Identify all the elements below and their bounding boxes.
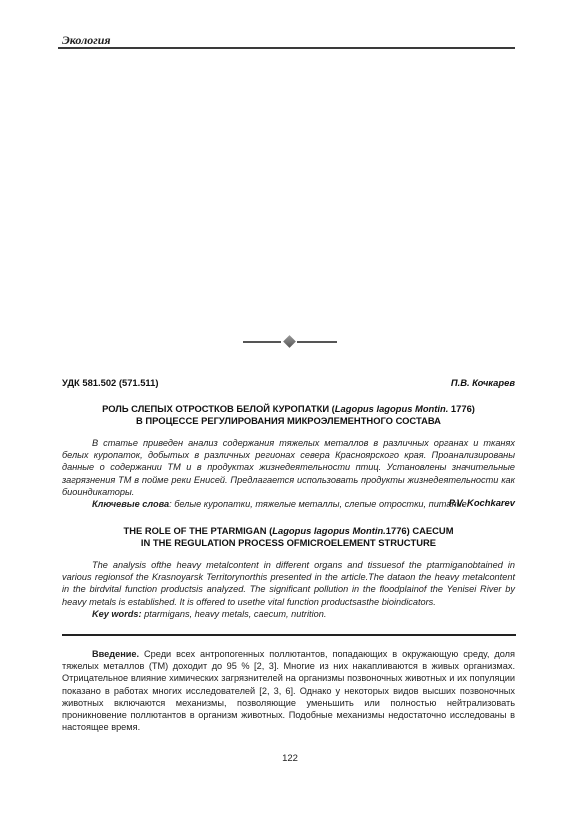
title-en-line2: IN THE REGULATION PROCESS OFMICROELEMENT…	[62, 537, 515, 549]
ornament-line-left	[243, 341, 281, 343]
abstract-ru-text: В статье приведен анализ содержания тяже…	[62, 437, 515, 498]
author-ru: П.В. Кочкарев	[62, 377, 515, 388]
section-divider	[62, 634, 516, 636]
keywords-en: Key words: ptarmigans, heavy metals, cae…	[62, 608, 515, 620]
header-rule	[58, 47, 515, 49]
ornament-divider	[243, 336, 337, 348]
body-introduction: Введение. Среди всех антропогенных поллю…	[62, 648, 515, 733]
ornament-line-right	[297, 341, 337, 343]
abstract-en-text: The analysis ofthe heavy metalcontent in…	[62, 559, 515, 608]
page-number: 122	[0, 753, 580, 764]
title-en-line1: THE ROLE OF THE PTARMIGAN (Lagopus lagop…	[62, 525, 515, 537]
title-en: THE ROLE OF THE PTARMIGAN (Lagopus lagop…	[62, 525, 515, 549]
diamond-icon	[283, 335, 296, 348]
title-ru: РОЛЬ СЛЕПЫХ ОТРОСТКОВ БЕЛОЙ КУРОПАТКИ (L…	[62, 403, 515, 427]
title-ru-line2: В ПРОЦЕССЕ РЕГУЛИРОВАНИЯ МИКРОЭЛЕМЕНТНОГ…	[62, 415, 515, 427]
abstract-en: The analysis ofthe heavy metalcontent in…	[62, 559, 515, 620]
journal-section-title: Экология	[62, 33, 111, 48]
intro-paragraph: Введение. Среди всех антропогенных поллю…	[62, 648, 515, 733]
title-ru-line1: РОЛЬ СЛЕПЫХ ОТРОСТКОВ БЕЛОЙ КУРОПАТКИ (L…	[62, 403, 515, 415]
author-en: P.V. Kochkarev	[62, 497, 515, 508]
